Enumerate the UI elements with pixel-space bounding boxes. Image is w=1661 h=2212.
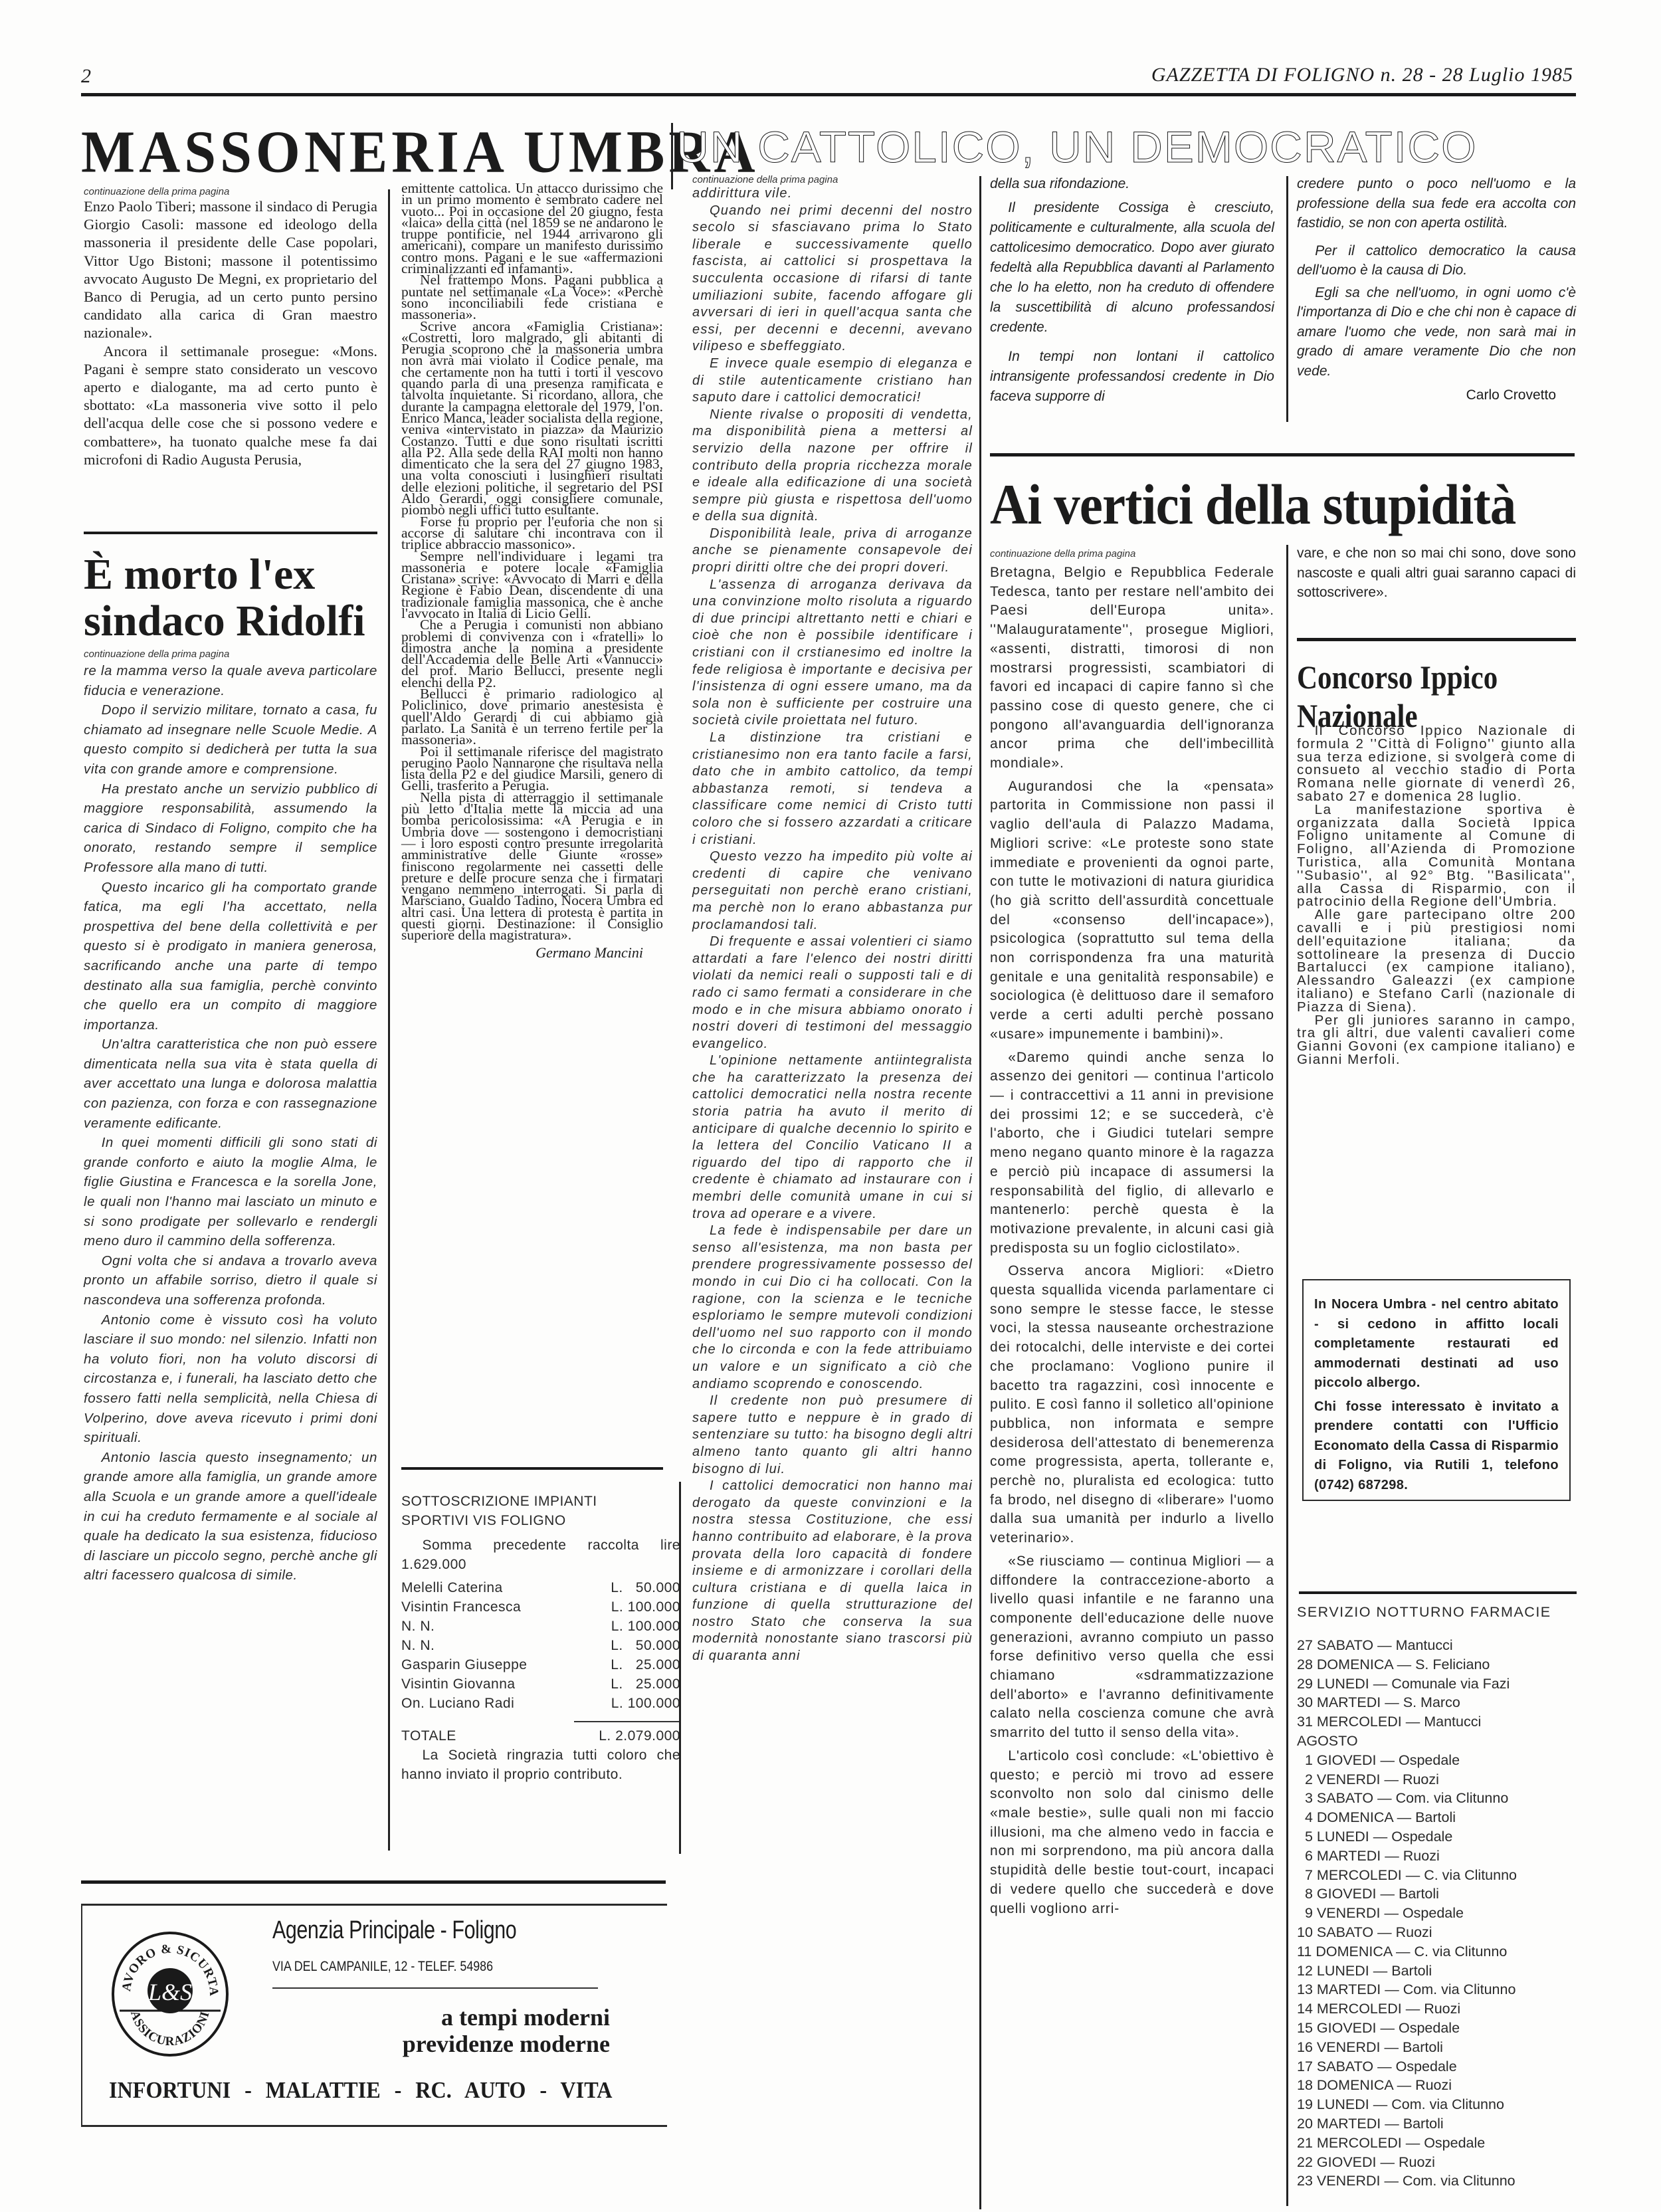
header-rule	[81, 93, 1576, 96]
section-rule	[81, 1880, 666, 1884]
paragraph: L'opinione nettamente antiintegralista c…	[692, 1053, 973, 1223]
pharmacy-row: 15 GIOVEDI — Ospedale	[1297, 2019, 1589, 2038]
svg-text:L&S: L&S	[147, 1979, 192, 2005]
pharmacy-row: 13 MARTEDI — Com. via Clitunno	[1297, 1980, 1589, 1999]
donor-amount: L. 50.000	[611, 1578, 680, 1597]
donor-amount: L. 100.000	[611, 1597, 680, 1617]
paragraph: Nel frattempo Mons. Pagani pubblica a pu…	[401, 274, 663, 320]
total-label: TOTALE	[401, 1726, 456, 1746]
paragraph: «Daremo quindi anche senza lo assenzo de…	[990, 1049, 1274, 1258]
paragraph: Bellucci è primario radiologico al Polic…	[401, 688, 663, 746]
pharmacy-row: 4 DOMENICA — Bartoli	[1297, 1808, 1589, 1827]
slogan-line: previdenze moderne	[403, 2031, 610, 2057]
pharmacy-row: 19 LUNEDI — Com. via Clitunno	[1297, 2095, 1589, 2114]
pharmacy-row: 7 MERCOLEDI — C. via Clitunno	[1297, 1866, 1589, 1885]
paragraph: Per gli juniores saranno in campo, tra g…	[1297, 1014, 1576, 1066]
paragraph: Sempre nell'individuare i legami tra mas…	[401, 551, 663, 620]
paragraph: Alle gare partecipano oltre 200 cavalli …	[1297, 908, 1576, 1013]
donor-name: Gasparin Giuseppe	[401, 1655, 527, 1674]
pharmacy-row: 10 SABATO — Ruozi	[1297, 1923, 1589, 1942]
pharmacy-row: 12 LUNEDI — Bartoli	[1297, 1961, 1589, 1981]
donor-name: Visintin Giovanna	[401, 1674, 516, 1694]
sum-rule	[574, 1721, 680, 1722]
stupidita-column-2: vare, e che non so mai chi sono, dove so…	[1297, 544, 1576, 603]
total-value: L. 2.079.000	[599, 1726, 680, 1746]
paragraph: Ancora il settimanale prosegue: «Mons. P…	[84, 342, 377, 468]
paragraph: Il credente non può presumere di sapere …	[692, 1393, 973, 1478]
column-divider	[679, 1482, 681, 1854]
paragraph: Quando nei primi decenni del nostro seco…	[692, 203, 973, 355]
paragraph: Questo incarico gli ha comportato grande…	[84, 878, 377, 1035]
paragraph: Di frequente e assai volentieri ci siamo…	[692, 934, 973, 1053]
paragraph: Questo vezzo ha impedito più volte ai cr…	[692, 849, 973, 934]
column-divider	[671, 123, 673, 189]
headline-line: È morto l'ex	[84, 552, 377, 598]
author-signature: Carlo Crovetto	[1297, 387, 1576, 403]
month-label: AGOSTO	[1297, 1732, 1589, 1751]
donor-amount: L. 25.000	[611, 1655, 680, 1674]
nocera-umbra-ad: In Nocera Umbra - nel centro abitato - s…	[1302, 1279, 1571, 1501]
page-number: 2	[81, 65, 91, 88]
sottoscrizione-title: SPORTIVI VIS FOLIGNO	[401, 1511, 680, 1530]
paragraph: Bretagna, Belgio e Repubblica Federale T…	[990, 563, 1274, 773]
paragraph: La fede è indispensabile per dare un sen…	[692, 1223, 973, 1393]
farmacie-title: SERVIZIO NOTTURNO FARMACIE	[1297, 1603, 1576, 1622]
paragraph: della sua rifondazione.	[990, 174, 1274, 194]
paragraph: Egli sa che nell'uomo, in ogni uomo c'è …	[1297, 283, 1576, 381]
paragraph: L'articolo così conclude: «L'obiettivo è…	[990, 1747, 1274, 1918]
paragraph: «Se riusciamo — continua Migliori — a di…	[990, 1552, 1274, 1743]
section-rule	[84, 532, 377, 534]
pharmacy-row: 27 SABATO — Mantucci	[1297, 1636, 1589, 1655]
cattolico-column-3: credere punto o poco nell'uomo e la prof…	[1297, 174, 1576, 403]
headline-massoneria: MASSONERIA UMBRA	[81, 122, 659, 181]
paragraph: In quei momenti difficili gli sono stati…	[84, 1133, 377, 1251]
paragraph: E invece quale esempio di eleganza e di …	[692, 355, 973, 407]
agency-name: Agenzia Principale - Foligno	[272, 1916, 516, 1945]
pharmacy-row: 16 VENERDI — Bartoli	[1297, 2038, 1589, 2057]
paragraph: Il Concorso Ippico Nazionale di formula …	[1297, 724, 1576, 803]
donor-name: On. Luciano Radi	[401, 1694, 514, 1713]
donor-amount: L. 50.000	[611, 1636, 680, 1655]
insurance-services: INFORTUNI - MALATTIE - RC. AUTO - VITA	[109, 2077, 613, 2104]
headline-ridolfi: È morto l'ex sindaco Ridolfi	[84, 552, 377, 645]
section-rule	[1299, 1591, 1577, 1594]
donor-row: N. N.L. 50.000	[401, 1636, 680, 1655]
pharmacy-row: 1 GIOVEDI — Ospedale	[1297, 1751, 1589, 1770]
paragraph: Il presidente Cossiga è cresciuto, polit…	[990, 198, 1274, 338]
paragraph: Poi il settimanale riferisce del magistr…	[401, 746, 663, 792]
continuation-label: continuazione della prima pagina	[84, 186, 377, 197]
donor-amount: L. 100.000	[611, 1694, 680, 1713]
donor-row: Gasparin GiuseppeL. 25.000	[401, 1655, 680, 1674]
farmacie-list: 27 SABATO — Mantucci 28 DOMENICA — S. Fe…	[1297, 1636, 1589, 2191]
pharmacy-row: 17 SABATO — Ospedale	[1297, 2057, 1589, 2076]
sottoscrizione-title: SOTTOSCRIZIONE IMPIANTI	[401, 1492, 680, 1511]
donor-row: Melelli CaterinaL. 50.000	[401, 1578, 680, 1597]
paragraph: Per il cattolico democratico la causa de…	[1297, 241, 1576, 280]
column-divider	[388, 189, 390, 1851]
ridolfi-article: È morto l'ex sindaco Ridolfi continuazio…	[84, 552, 377, 1585]
massoneria-column-1: continuazione della prima pagina Enzo Pa…	[84, 186, 377, 468]
column-divider	[979, 176, 981, 2209]
paragraph: Dopo il servizio militare, tornato a cas…	[84, 700, 377, 779]
pharmacy-row: 8 GIOVEDI — Bartoli	[1297, 1884, 1589, 1904]
ad-paragraph: Chi fosse interessato è invitato a prend…	[1314, 1397, 1559, 1496]
paragraph: Che a Perugia i comunisti non abbiano pr…	[401, 619, 663, 688]
section-rule	[1297, 638, 1576, 641]
donor-list: Melelli CaterinaL. 50.000 Visintin Franc…	[401, 1578, 680, 1713]
section-rule	[401, 1467, 663, 1470]
paragraph: vare, e che non so mai chi sono, dove so…	[1297, 544, 1576, 603]
continuation-label: continuazione della prima pagina	[990, 548, 1274, 559]
donor-row: N. N.L. 100.000	[401, 1617, 680, 1636]
pharmacy-row: 3 SABATO — Com. via Clitunno	[1297, 1789, 1589, 1808]
headline-line: sindaco Ridolfi	[84, 598, 377, 645]
pharmacy-row: 30 MARTEDI — S. Marco	[1297, 1693, 1589, 1712]
pharmacy-row: 5 LUNEDI — Ospedale	[1297, 1827, 1589, 1847]
headline-cattolico: UN CATTOLICO, UN DEMOCRATICO	[676, 125, 1477, 169]
donor-name: N. N.	[401, 1617, 435, 1636]
headline-line: Concorso Ippico	[1297, 658, 1498, 696]
paragraph: La distinzione tra cristiani e cristiane…	[692, 730, 973, 849]
pharmacy-row: 18 DOMENICA — Ruozi	[1297, 2076, 1589, 2095]
ad-slogan: a tempi moderni previdenze moderne	[403, 2004, 610, 2057]
slogan-line: a tempi moderni	[403, 2004, 610, 2031]
column-divider	[1286, 176, 1288, 422]
ad-rule	[272, 1987, 598, 1989]
pharmacy-row: 31 MERCOLEDI — Mantucci	[1297, 1712, 1589, 1732]
donor-row: Visintin FrancescaL. 100.000	[401, 1597, 680, 1617]
masthead: GAZZETTA DI FOLIGNO n. 28 - 28 Luglio 19…	[1151, 64, 1573, 86]
paragraph: Osserva ancora Migliori: «Dietro questa …	[990, 1262, 1274, 1548]
sottoscrizione-box: SOTTOSCRIZIONE IMPIANTI SPORTIVI VIS FOL…	[401, 1492, 680, 1784]
paragraph: Forse fu proprio per l'euforia che non s…	[401, 516, 663, 551]
donor-name: Visintin Francesca	[401, 1597, 521, 1617]
paragraph: Antonio come è vissuto così ha voluto la…	[84, 1310, 377, 1448]
svg-text:ASSICURAZIONI: ASSICURAZIONI	[128, 2009, 213, 2049]
paragraph: credere punto o poco nell'uomo e la prof…	[1297, 174, 1576, 233]
ippico-article: Il Concorso Ippico Nazionale di formula …	[1297, 724, 1576, 1066]
paragraph: In tempi non lontani il cattolico intran…	[990, 347, 1274, 407]
continuation-label: continuazione della prima pagina	[84, 649, 377, 660]
column-divider	[1286, 545, 1288, 2206]
logo-emblem-icon: LAVORO & SICURTA' ASSICURAZIONI L&S	[110, 1931, 230, 2057]
pharmacy-row: 29 LUNEDI — Comunale via Fazi	[1297, 1674, 1589, 1694]
pharmacy-row: 21 MERCOLEDI — Ospedale	[1297, 2134, 1589, 2153]
pharmacy-row: 20 MARTEDI — Bartoli	[1297, 2114, 1589, 2134]
paragraph: Antonio lascia questo insegnamento; un g…	[84, 1448, 377, 1585]
pharmacy-row: 14 MERCOLEDI — Ruozi	[1297, 1999, 1589, 2019]
paragraph: Disponibilità leale, priva di arroganze …	[692, 526, 973, 577]
continuation-label: continuazione della prima pagina	[692, 174, 973, 185]
sottoscrizione-thanks: La Società ringrazia tutti coloro che ha…	[401, 1746, 680, 1784]
paragraph: addirittura vile.	[692, 185, 973, 203]
paragraph: I cattolici democratici non hanno mai de…	[692, 1478, 973, 1665]
paragraph: Ha prestato anche un servizio pubblico d…	[84, 779, 377, 878]
total-row: TOTALEL. 2.079.000	[401, 1726, 680, 1746]
insurance-ad: LAVORO & SICURTA' ASSICURAZIONI L&S Agen…	[81, 1904, 667, 2127]
agency-address: VIA DEL CAMPANILE, 12 - TELEF. 54986	[272, 1959, 493, 1975]
donor-row: Visintin GiovannaL. 25.000	[401, 1674, 680, 1694]
paragraph: Niente rivalse o propositi di vendetta, …	[692, 407, 973, 526]
paragraph: L'assenza di arroganza derivava da una c…	[692, 577, 973, 730]
massoneria-column-2: emittente cattolica. Un attacco durissim…	[401, 183, 663, 961]
pharmacy-row: 22 GIOVEDI — Ruozi	[1297, 2153, 1589, 2172]
ad-paragraph: In Nocera Umbra - nel centro abitato - s…	[1314, 1295, 1559, 1393]
cattolico-column-2: della sua rifondazione. Il presidente Co…	[990, 174, 1274, 407]
pharmacy-row: 11 DOMENICA — C. via Clitunno	[1297, 1942, 1589, 1961]
paragraph: Enzo Paolo Tiberi; massone il sindaco di…	[84, 197, 377, 342]
cattolico-column-1: continuazione della prima pagina addirit…	[692, 174, 973, 1665]
headline-stupidita: Ai vertici della stupidità	[990, 476, 1515, 533]
donor-name: N. N.	[401, 1636, 435, 1655]
lavoro-sicurta-logo: LAVORO & SICURTA' ASSICURAZIONI L&S	[110, 1931, 230, 2057]
pharmacy-row: 23 VENERDI — Com. via Clitunno	[1297, 2171, 1589, 2191]
pharmacy-row: 9 VENERDI — Ospedale	[1297, 1904, 1589, 1923]
paragraph: Nella pista di atterraggio il settimanal…	[401, 792, 663, 942]
donor-row: On. Luciano RadiL. 100.000	[401, 1694, 680, 1713]
donor-amount: L. 100.000	[611, 1617, 680, 1636]
paragraph: Ogni volta che si andava a trovarlo avev…	[84, 1251, 377, 1310]
paragraph: emittente cattolica. Un attacco durissim…	[401, 183, 663, 274]
paragraph: re la mamma verso la quale aveva partico…	[84, 661, 377, 700]
paragraph: Augurandosi che la «pensata» partorita i…	[990, 777, 1274, 1045]
donor-amount: L. 25.000	[611, 1674, 680, 1694]
section-rule	[990, 453, 1575, 456]
paragraph: La manifestazione sportiva è organizzata…	[1297, 803, 1576, 908]
pharmacy-row: 2 VENERDI — Ruozi	[1297, 1770, 1589, 1789]
author-signature: Germano Mancini	[401, 944, 663, 961]
paragraph: Scrive ancora «Famiglia Cristiana»: «Cos…	[401, 321, 663, 516]
donor-name: Melelli Caterina	[401, 1578, 503, 1597]
stupidita-column-1: continuazione della prima pagina Bretagn…	[990, 548, 1274, 1918]
sottoscrizione-intro: Somma precedente raccolta lire 1.629.000	[401, 1536, 680, 1574]
pharmacy-row: 6 MARTEDI — Ruozi	[1297, 1847, 1589, 1866]
paragraph: Un'altra caratteristica che non può esse…	[84, 1035, 377, 1133]
pharmacy-row: 28 DOMENICA — S. Feliciano	[1297, 1655, 1589, 1674]
